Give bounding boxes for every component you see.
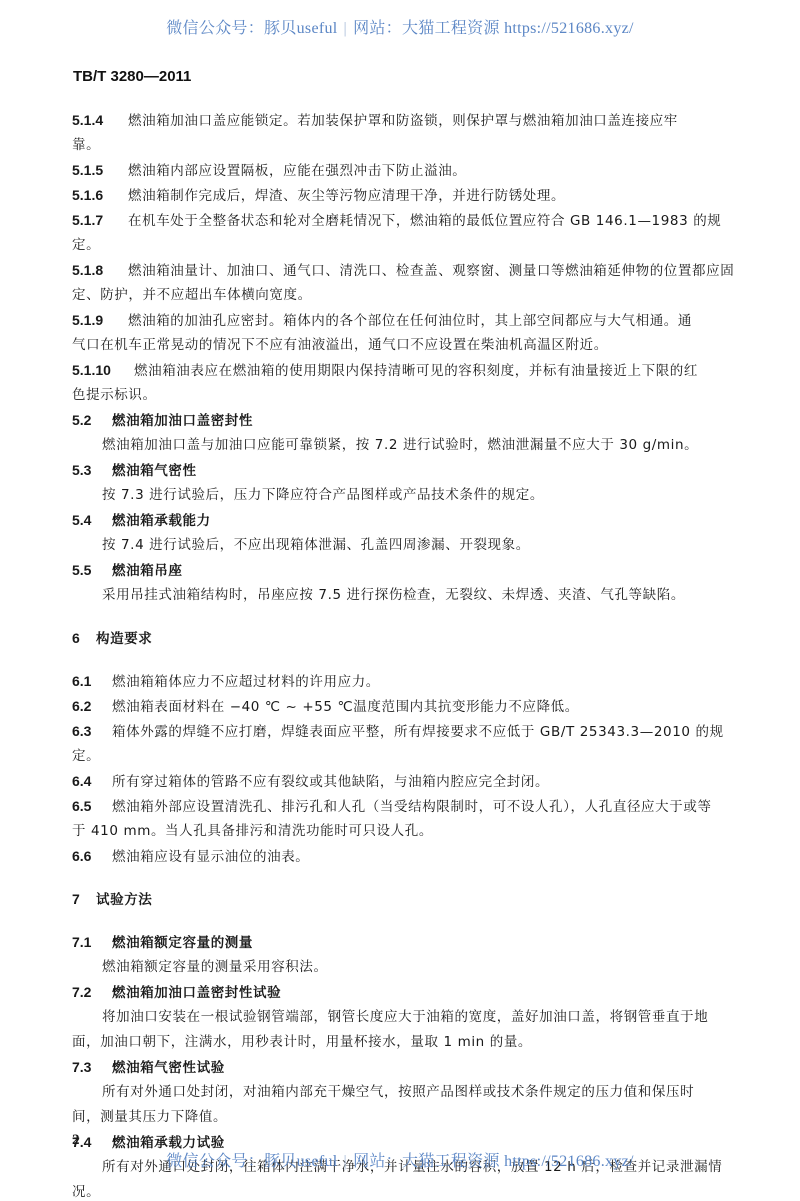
clause-text: 按 7.3 进行试验后，压力下降应符合产品图样或产品技术条件的规定。 (102, 487, 544, 503)
clause-text: 于 410 mm。当人孔具备排污和清洗功能时可只设人孔。 (72, 823, 433, 839)
clause-number: 6.1 (72, 671, 112, 691)
heading-text: 燃油箱吊座 (112, 563, 183, 579)
clause-text: 燃油箱箱体应力不应超过材料的许用应力。 (112, 674, 380, 690)
clause-number: 6.5 (72, 796, 112, 816)
clause-text: 面，加油口朝下，注满水，用秒表计时，用量杯接水，量取 1 min 的量。 (72, 1034, 532, 1050)
clause-text: 间，测量其压力下降值。 (72, 1109, 227, 1125)
section-heading: 6构造要求 (72, 628, 152, 648)
clause-text: 燃油箱外部应设置清洗孔、排污孔和人孔（当受结构限制时，可不设人孔），人孔直径应大… (112, 799, 712, 815)
clause-text: 定。 (72, 748, 100, 764)
clause-line: 6.3箱体外露的焊缝不应打磨，焊缝表面应平整，所有焊接要求不应低于 GB/T 2… (72, 721, 724, 741)
clause-text: 燃油箱油表应在燃油箱的使用期限内保持清晰可见的容积刻度，并标有油量接近上下限的红 (134, 363, 698, 379)
clause-text: 定。 (72, 237, 100, 253)
clause-text: 箱体外露的焊缝不应打磨，焊缝表面应平整，所有焊接要求不应低于 GB/T 2534… (112, 724, 724, 740)
clause-number: 6 (72, 628, 96, 648)
clause-text: 燃油箱表面材料在 −40 ℃ ~ +55 ℃温度范围内其抗变形能力不应降低。 (112, 699, 579, 715)
clause-line: 5.1.5燃油箱内部应设置隔板，应能在强烈冲击下防止溢油。 (72, 160, 466, 180)
watermark-wechat: 微信公众号：豚贝useful (166, 1153, 337, 1170)
heading-text: 燃油箱额定容量的测量 (112, 935, 253, 951)
clause-number: 5.1.4 (72, 110, 128, 130)
watermark-separator: | (344, 1153, 348, 1170)
watermark-bottom: 微信公众号：豚贝useful|网站：大猫工程资源 https://521686.… (0, 1148, 800, 1171)
clause-text: 采用吊挂式油箱结构时，吊座应按 7.5 进行探伤检查，无裂纹、未焊透、夹渣、气孔… (102, 587, 685, 603)
text-line: 定、防护，并不应超出车体横向宽度。 (72, 285, 312, 305)
clause-text: 燃油箱额定容量的测量采用容积法。 (102, 959, 328, 975)
clause-text: 按 7.4 进行试验后，不应出现箱体泄漏、孔盖四周渗漏、开裂现象。 (102, 537, 530, 553)
watermark-website: 网站：大猫工程资源 https://521686.xyz/ (353, 20, 634, 37)
clause-number: 6.6 (72, 846, 112, 866)
section-heading: 7试验方法 (72, 889, 152, 909)
watermark-wechat: 微信公众号：豚贝useful (166, 20, 337, 37)
clause-line: 5.1.4燃油箱加油口盖应能锁定。若加装保护罩和防盗锁，则保护罩与燃油箱加油口盖… (72, 110, 678, 130)
clause-number: 6.2 (72, 696, 112, 716)
clause-line: 5.1.7在机车处于全整备状态和轮对全磨耗情况下，燃油箱的最低位置应符合 GB … (72, 210, 721, 230)
page-number: 2 (72, 1132, 80, 1149)
section-heading: 7.3燃油箱气密性试验 (72, 1057, 225, 1077)
clause-number: 5.1.5 (72, 160, 128, 180)
clause-number: 7.2 (72, 982, 112, 1002)
clause-number: 6.3 (72, 721, 112, 741)
text-line: 燃油箱加油口盖与加油口应能可靠锁紧，按 7.2 进行试验时，燃油泄漏量不应大于 … (72, 435, 698, 455)
clause-line: 5.1.10燃油箱油表应在燃油箱的使用期限内保持清晰可见的容积刻度，并标有油量接… (72, 360, 698, 380)
clause-text: 燃油箱加油口盖应能锁定。若加装保护罩和防盗锁，则保护罩与燃油箱加油口盖连接应牢 (128, 113, 678, 129)
heading-text: 燃油箱气密性 (112, 463, 197, 479)
heading-text: 燃油箱加油口盖密封性 (112, 413, 253, 429)
text-line: 气口在机车正常晃动的情况下不应有油液溢出，通气口不应设置在柴油机高温区附近。 (72, 335, 608, 355)
text-line: 燃油箱额定容量的测量采用容积法。 (72, 957, 328, 977)
clause-line: 6.5燃油箱外部应设置清洗孔、排污孔和人孔（当受结构限制时，可不设人孔），人孔直… (72, 796, 712, 816)
clause-number: 6.4 (72, 771, 112, 791)
clause-text: 燃油箱制作完成后，焊渣、灰尘等污物应清理干净，并进行防锈处理。 (128, 188, 565, 204)
clause-line: 6.6燃油箱应设有显示油位的油表。 (72, 846, 309, 866)
text-line: 定。 (72, 746, 100, 766)
heading-text: 试验方法 (96, 892, 152, 908)
section-heading: 7.2燃油箱加油口盖密封性试验 (72, 982, 281, 1002)
clause-number: 5.1.6 (72, 185, 128, 205)
heading-text: 构造要求 (96, 631, 152, 647)
clause-text: 燃油箱的加油孔应密封。箱体内的各个部位在任何油位时，其上部空间都应与大气相通。通 (128, 313, 692, 329)
clause-text: 燃油箱内部应设置隔板，应能在强烈冲击下防止溢油。 (128, 163, 466, 179)
watermark-website: 网站：大猫工程资源 https://521686.xyz/ (353, 1153, 634, 1170)
clause-text: 靠。 (72, 137, 100, 153)
clause-line: 5.1.8燃油箱油量计、加油口、通气口、清洗口、检查盖、观察窗、测量口等燃油箱延… (72, 260, 734, 280)
clause-number: 5.5 (72, 560, 112, 580)
clause-text: 在机车处于全整备状态和轮对全磨耗情况下，燃油箱的最低位置应符合 GB 146.1… (128, 213, 721, 229)
section-heading: 5.2燃油箱加油口盖密封性 (72, 410, 253, 430)
clause-text: 气口在机车正常晃动的情况下不应有油液溢出，通气口不应设置在柴油机高温区附近。 (72, 337, 608, 353)
clause-text: 燃油箱油量计、加油口、通气口、清洗口、检查盖、观察窗、测量口等燃油箱延伸物的位置… (128, 263, 734, 279)
clause-line: 5.1.6燃油箱制作完成后，焊渣、灰尘等污物应清理干净，并进行防锈处理。 (72, 185, 565, 205)
clause-number: 7.1 (72, 932, 112, 952)
clause-number: 5.1.10 (72, 360, 134, 380)
section-heading: 7.1燃油箱额定容量的测量 (72, 932, 253, 952)
clause-number: 5.2 (72, 410, 112, 430)
text-line: 定。 (72, 235, 100, 255)
watermark-separator: | (344, 20, 348, 37)
clause-text: 将加油口安装在一根试验钢管端部，钢管长度应大于油箱的宽度，盖好加油口盖，将钢管垂… (102, 1009, 708, 1025)
text-line: 于 410 mm。当人孔具备排污和清洗功能时可只设人孔。 (72, 821, 433, 841)
clause-text: 况。 (72, 1184, 100, 1200)
clause-line: 5.1.9燃油箱的加油孔应密封。箱体内的各个部位在任何油位时，其上部空间都应与大… (72, 310, 692, 330)
section-heading: 5.5燃油箱吊座 (72, 560, 183, 580)
clause-number: 5.1.9 (72, 310, 128, 330)
clause-text: 定、防护，并不应超出车体横向宽度。 (72, 287, 312, 303)
text-line: 况。 (72, 1182, 100, 1201)
section-heading: 5.3燃油箱气密性 (72, 460, 197, 480)
heading-text: 燃油箱加油口盖密封性试验 (112, 985, 281, 1001)
heading-text: 燃油箱承载能力 (112, 513, 211, 529)
clause-number: 5.4 (72, 510, 112, 530)
clause-text: 所有对外通口处封闭，对油箱内部充干燥空气，按照产品图样或技术条件规定的压力值和保… (102, 1084, 694, 1100)
clause-line: 6.1燃油箱箱体应力不应超过材料的许用应力。 (72, 671, 380, 691)
section-heading: 5.4燃油箱承载能力 (72, 510, 211, 530)
text-line: 将加油口安装在一根试验钢管端部，钢管长度应大于油箱的宽度，盖好加油口盖，将钢管垂… (72, 1007, 708, 1027)
text-line: 靠。 (72, 135, 100, 155)
clause-number: 7 (72, 889, 96, 909)
clause-line: 6.4所有穿过箱体的管路不应有裂纹或其他缺陷，与油箱内腔应完全封闭。 (72, 771, 549, 791)
clause-number: 5.1.8 (72, 260, 128, 280)
text-line: 按 7.4 进行试验后，不应出现箱体泄漏、孔盖四周渗漏、开裂现象。 (72, 535, 530, 555)
clause-text: 燃油箱加油口盖与加油口应能可靠锁紧，按 7.2 进行试验时，燃油泄漏量不应大于 … (102, 437, 698, 453)
clause-text: 所有穿过箱体的管路不应有裂纹或其他缺陷，与油箱内腔应完全封闭。 (112, 774, 549, 790)
text-line: 间，测量其压力下降值。 (72, 1107, 227, 1127)
text-line: 色提示标识。 (72, 385, 157, 405)
text-line: 采用吊挂式油箱结构时，吊座应按 7.5 进行探伤检查，无裂纹、未焊透、夹渣、气孔… (72, 585, 685, 605)
text-line: 按 7.3 进行试验后，压力下降应符合产品图样或产品技术条件的规定。 (72, 485, 544, 505)
clause-number: 7.3 (72, 1057, 112, 1077)
heading-text: 燃油箱气密性试验 (112, 1060, 225, 1076)
clause-text: 燃油箱应设有显示油位的油表。 (112, 849, 309, 865)
standard-code: TB/T 3280—2011 (73, 68, 191, 85)
clause-number: 5.1.7 (72, 210, 128, 230)
clause-number: 5.3 (72, 460, 112, 480)
clause-line: 6.2燃油箱表面材料在 −40 ℃ ~ +55 ℃温度范围内其抗变形能力不应降低… (72, 696, 579, 716)
watermark-top: 微信公众号：豚贝useful|网站：大猫工程资源 https://521686.… (0, 15, 800, 38)
clause-text: 色提示标识。 (72, 387, 157, 403)
text-line: 所有对外通口处封闭，对油箱内部充干燥空气，按照产品图样或技术条件规定的压力值和保… (72, 1082, 694, 1102)
text-line: 面，加油口朝下，注满水，用秒表计时，用量杯接水，量取 1 min 的量。 (72, 1032, 532, 1052)
